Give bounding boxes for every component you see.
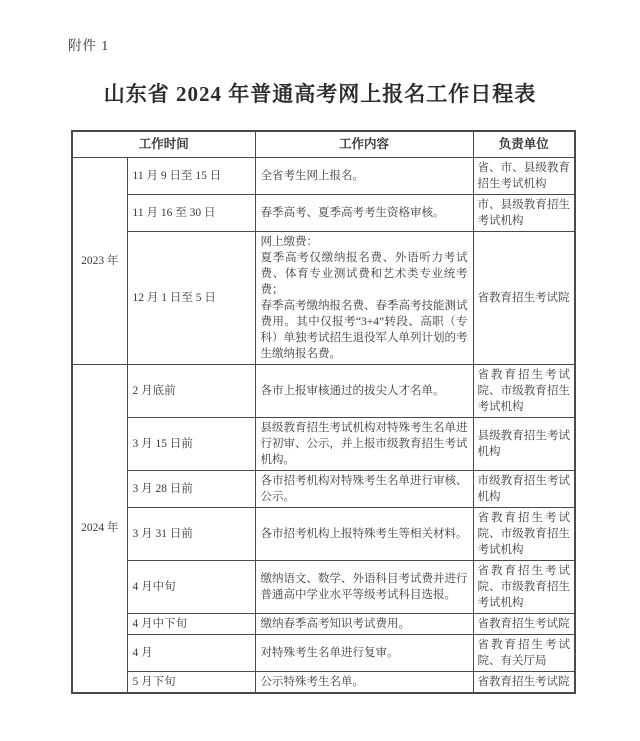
time-cell: 4 月	[127, 634, 255, 671]
unit-cell: 省、市、县级教育招生考试机构	[473, 157, 575, 194]
unit-cell: 市、县级教育招生考试机构	[473, 194, 575, 231]
content-cell: 春季高考、夏季高考考生资格审核。	[255, 194, 473, 231]
time-cell: 3 月 15 日前	[127, 417, 255, 470]
table-row: 3 月 31 日前各市招考机构上报特殊考生等相关材料。省教育招生考试院、市级教育…	[72, 507, 575, 560]
column-header-time: 工作时间	[72, 131, 255, 157]
unit-cell: 省教育招生考试院、有关厅局	[473, 634, 575, 671]
table-header-row: 工作时间 工作内容 负责单位	[72, 131, 575, 157]
table-row: 4 月中下旬缴纳春季高考知识考试费用。省教育招生考试院	[72, 613, 575, 634]
year-cell: 2023 年	[72, 157, 127, 364]
column-header-unit: 负责单位	[473, 131, 575, 157]
time-cell: 4 月中下旬	[127, 613, 255, 634]
unit-cell: 省教育招生考试院	[473, 671, 575, 693]
content-cell: 网上缴费： 夏季高考仅缴纳报名费、外语听力考试费、体育专业测试费和艺术类专业统考…	[255, 231, 473, 364]
table-row: 4 月中旬缴纳语文、数学、外语科目考试费并进行普通高中学业水平等级考试科目选报。…	[72, 560, 575, 613]
year-cell: 2024 年	[72, 364, 127, 693]
schedule-table: 工作时间 工作内容 负责单位 2023 年11 月 9 日至 15 日全省考生网…	[71, 130, 576, 694]
unit-cell: 市级教育招生考试机构	[473, 470, 575, 507]
content-cell: 缴纳春季高考知识考试费用。	[255, 613, 473, 634]
table-row: 2023 年11 月 9 日至 15 日全省考生网上报名。省、市、县级教育招生考…	[72, 157, 575, 194]
content-cell: 各市上报审核通过的拔尖人才名单。	[255, 364, 473, 417]
content-cell: 缴纳语文、数学、外语科目考试费并进行普通高中学业水平等级考试科目选报。	[255, 560, 473, 613]
content-cell: 各市招考机构上报特殊考生等相关材料。	[255, 507, 473, 560]
content-cell: 各市招考机构对特殊考生名单进行审核、公示。	[255, 470, 473, 507]
table-row: 4 月对特殊考生名单进行复审。省教育招生考试院、有关厅局	[72, 634, 575, 671]
time-cell: 4 月中旬	[127, 560, 255, 613]
time-cell: 3 月 28 日前	[127, 470, 255, 507]
time-cell: 11 月 9 日至 15 日	[127, 157, 255, 194]
unit-cell: 省教育招生考试院	[473, 613, 575, 634]
unit-cell: 省教育招生考试院	[473, 231, 575, 364]
table-row: 11 月 16 至 30 日春季高考、夏季高考考生资格审核。市、县级教育招生考试…	[72, 194, 575, 231]
unit-cell: 县级教育招生考试机构	[473, 417, 575, 470]
content-cell: 全省考生网上报名。	[255, 157, 473, 194]
page-title: 山东省 2024 年普通高考网上报名工作日程表	[0, 78, 640, 108]
table-row: 5 月下旬公示特殊考生名单。省教育招生考试院	[72, 671, 575, 693]
attachment-label: 附件 1	[68, 34, 640, 54]
unit-cell: 省教育招生考试院、市级教育招生考试机构	[473, 364, 575, 417]
schedule-table-body: 2023 年11 月 9 日至 15 日全省考生网上报名。省、市、县级教育招生考…	[72, 157, 575, 693]
table-row: 12 月 1 日至 5 日网上缴费： 夏季高考仅缴纳报名费、外语听力考试费、体育…	[72, 231, 575, 364]
content-cell: 县级教育招生考试机构对特殊考生名单进行初审、公示，并上报市级教育招生考试机构。	[255, 417, 473, 470]
table-row: 3 月 28 日前各市招考机构对特殊考生名单进行审核、公示。市级教育招生考试机构	[72, 470, 575, 507]
document-page: 附件 1 山东省 2024 年普通高考网上报名工作日程表 工作时间 工作内容 负…	[0, 0, 640, 741]
time-cell: 2 月底前	[127, 364, 255, 417]
table-row: 3 月 15 日前县级教育招生考试机构对特殊考生名单进行初审、公示，并上报市级教…	[72, 417, 575, 470]
unit-cell: 省教育招生考试院、市级教育招生考试机构	[473, 560, 575, 613]
table-row: 2024 年2 月底前各市上报审核通过的拔尖人才名单。省教育招生考试院、市级教育…	[72, 364, 575, 417]
content-cell: 公示特殊考生名单。	[255, 671, 473, 693]
column-header-content: 工作内容	[255, 131, 473, 157]
unit-cell: 省教育招生考试院、市级教育招生考试机构	[473, 507, 575, 560]
time-cell: 3 月 31 日前	[127, 507, 255, 560]
time-cell: 12 月 1 日至 5 日	[127, 231, 255, 364]
content-cell: 对特殊考生名单进行复审。	[255, 634, 473, 671]
time-cell: 5 月下旬	[127, 671, 255, 693]
time-cell: 11 月 16 至 30 日	[127, 194, 255, 231]
